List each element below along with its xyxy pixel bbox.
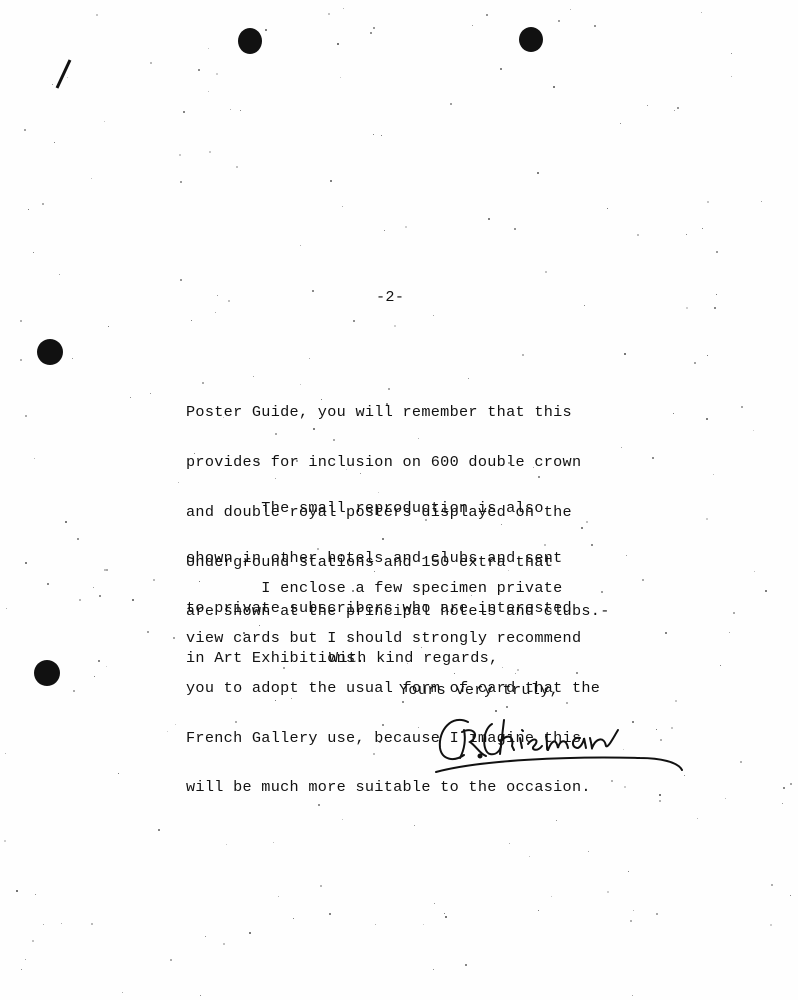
pen-mark (50, 55, 80, 95)
punch-hole-left-lower (34, 660, 60, 686)
letter-page: -2- Poster Guide, you will remember that… (0, 0, 798, 1000)
valediction: Yours very truly, (399, 682, 559, 699)
page-number: -2- (376, 289, 404, 306)
paragraph-line: The small reproduction is also (186, 500, 572, 517)
punch-hole-top-right (519, 27, 543, 52)
punch-hole-top-left (238, 28, 262, 54)
closing: With kind regards, (329, 650, 498, 667)
paragraph-line: will be much more suitable to the occasi… (186, 779, 600, 796)
signature: C.R. Chrisman (430, 700, 690, 780)
paragraph-line: view cards but I should strongly recomme… (186, 630, 600, 647)
punch-hole-left-upper (37, 339, 63, 365)
paragraph-line: Poster Guide, you will remember that thi… (186, 404, 610, 421)
paragraph-line: I enclose a few specimen private (186, 580, 600, 597)
